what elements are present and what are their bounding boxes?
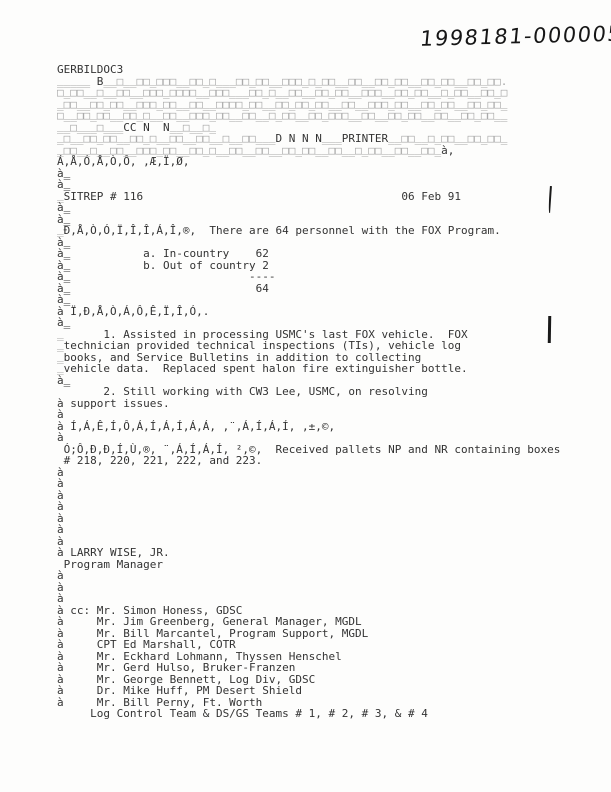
document-line: à	[57, 570, 560, 582]
document-line: à‗ ----	[57, 271, 560, 283]
document-line: à‗	[57, 202, 560, 214]
pen-mark-margin-2	[548, 316, 551, 343]
document-line: à	[57, 490, 560, 502]
document-line: à	[57, 582, 560, 594]
document-line-text: Ð,Å,Ò,Ó,Ï,Î,Î,Á,Î,®, There are 64 person…	[64, 224, 501, 237]
document-line: 2. Still working with CW3 Lee, USMC, on …	[57, 386, 560, 398]
document-line: à‗ a. In-country 62	[57, 248, 560, 260]
document-line: à Í,Á,Ê,Í,Ô,Á,Í,Á,Í,Á,Á, ,¨,Á,Í,Á,Í, ,±,…	[57, 421, 560, 433]
document-text: GERBILDOC3‗‗‗‗‗ B‗‗□‗‗□□‗□□□‗‗□□‗□‗‗‗□□‗…	[57, 64, 560, 720]
document-line: à	[57, 513, 560, 525]
document-line: à‗ 64	[57, 283, 560, 295]
document-line: □‗□□‗‗□‗‗□□‗‗□□□‗□□□□‗‗□□□‗‗‗□□‗□‗‗□□‗‗□…	[57, 87, 560, 99]
document-line: à LARRY WISE, JR.	[57, 547, 560, 559]
document-line: à	[57, 432, 560, 444]
document-line: à CPT Ed Marshall, COTR	[57, 639, 560, 651]
scanned-document-page: 1998181-0000050 GERBILDOC3‗‗‗‗‗ B‗‗□‗‗□□…	[0, 0, 611, 792]
document-line-text: SITREP # 116 06 Feb 91	[64, 190, 461, 203]
handwritten-doc-number: 1998181-0000050	[419, 21, 611, 51]
document-line: à Mr. Gerd Hulso, Bruker-Franzen	[57, 662, 560, 674]
document-line-text: vehicle data. Replaced spent halon fire …	[64, 362, 468, 375]
document-line: Á,Å,Ó,Å,Ò,Ô, ,Æ,Ï,Ø,	[57, 156, 560, 168]
document-line: ‗vehicle data. Replaced spent halon fire…	[57, 363, 560, 375]
document-line: à Dr. Mike Huff, PM Desert Shield	[57, 685, 560, 697]
document-line: à	[57, 478, 560, 490]
document-line: # 218, 220, 221, 222, and 223.	[57, 455, 560, 467]
document-line: à Ï,Ð,Å,Ò,Á,Ô,Ê,Ï,Î,Ó,.	[57, 306, 560, 318]
document-line: à	[57, 409, 560, 421]
document-line: à	[57, 593, 560, 605]
document-line: à	[57, 501, 560, 513]
document-line: Log Control Team & DS/GS Teams # 1, # 2,…	[57, 708, 560, 720]
document-line: ‗SITREP # 116 06 Feb 91	[57, 191, 560, 203]
document-line: à	[57, 467, 560, 479]
document-line: à support issues.	[57, 398, 560, 410]
document-line: à Mr. Jim Greenberg, General Manager, MG…	[57, 616, 560, 628]
document-line: à‗	[57, 168, 560, 180]
document-line: à	[57, 524, 560, 536]
document-line: ‗Ð,Å,Ò,Ó,Ï,Î,Î,Á,Î,®, There are 64 perso…	[57, 225, 560, 237]
document-line-text: à,	[441, 144, 454, 157]
document-line: Program Manager	[57, 559, 560, 571]
document-line: à‗	[57, 294, 560, 306]
